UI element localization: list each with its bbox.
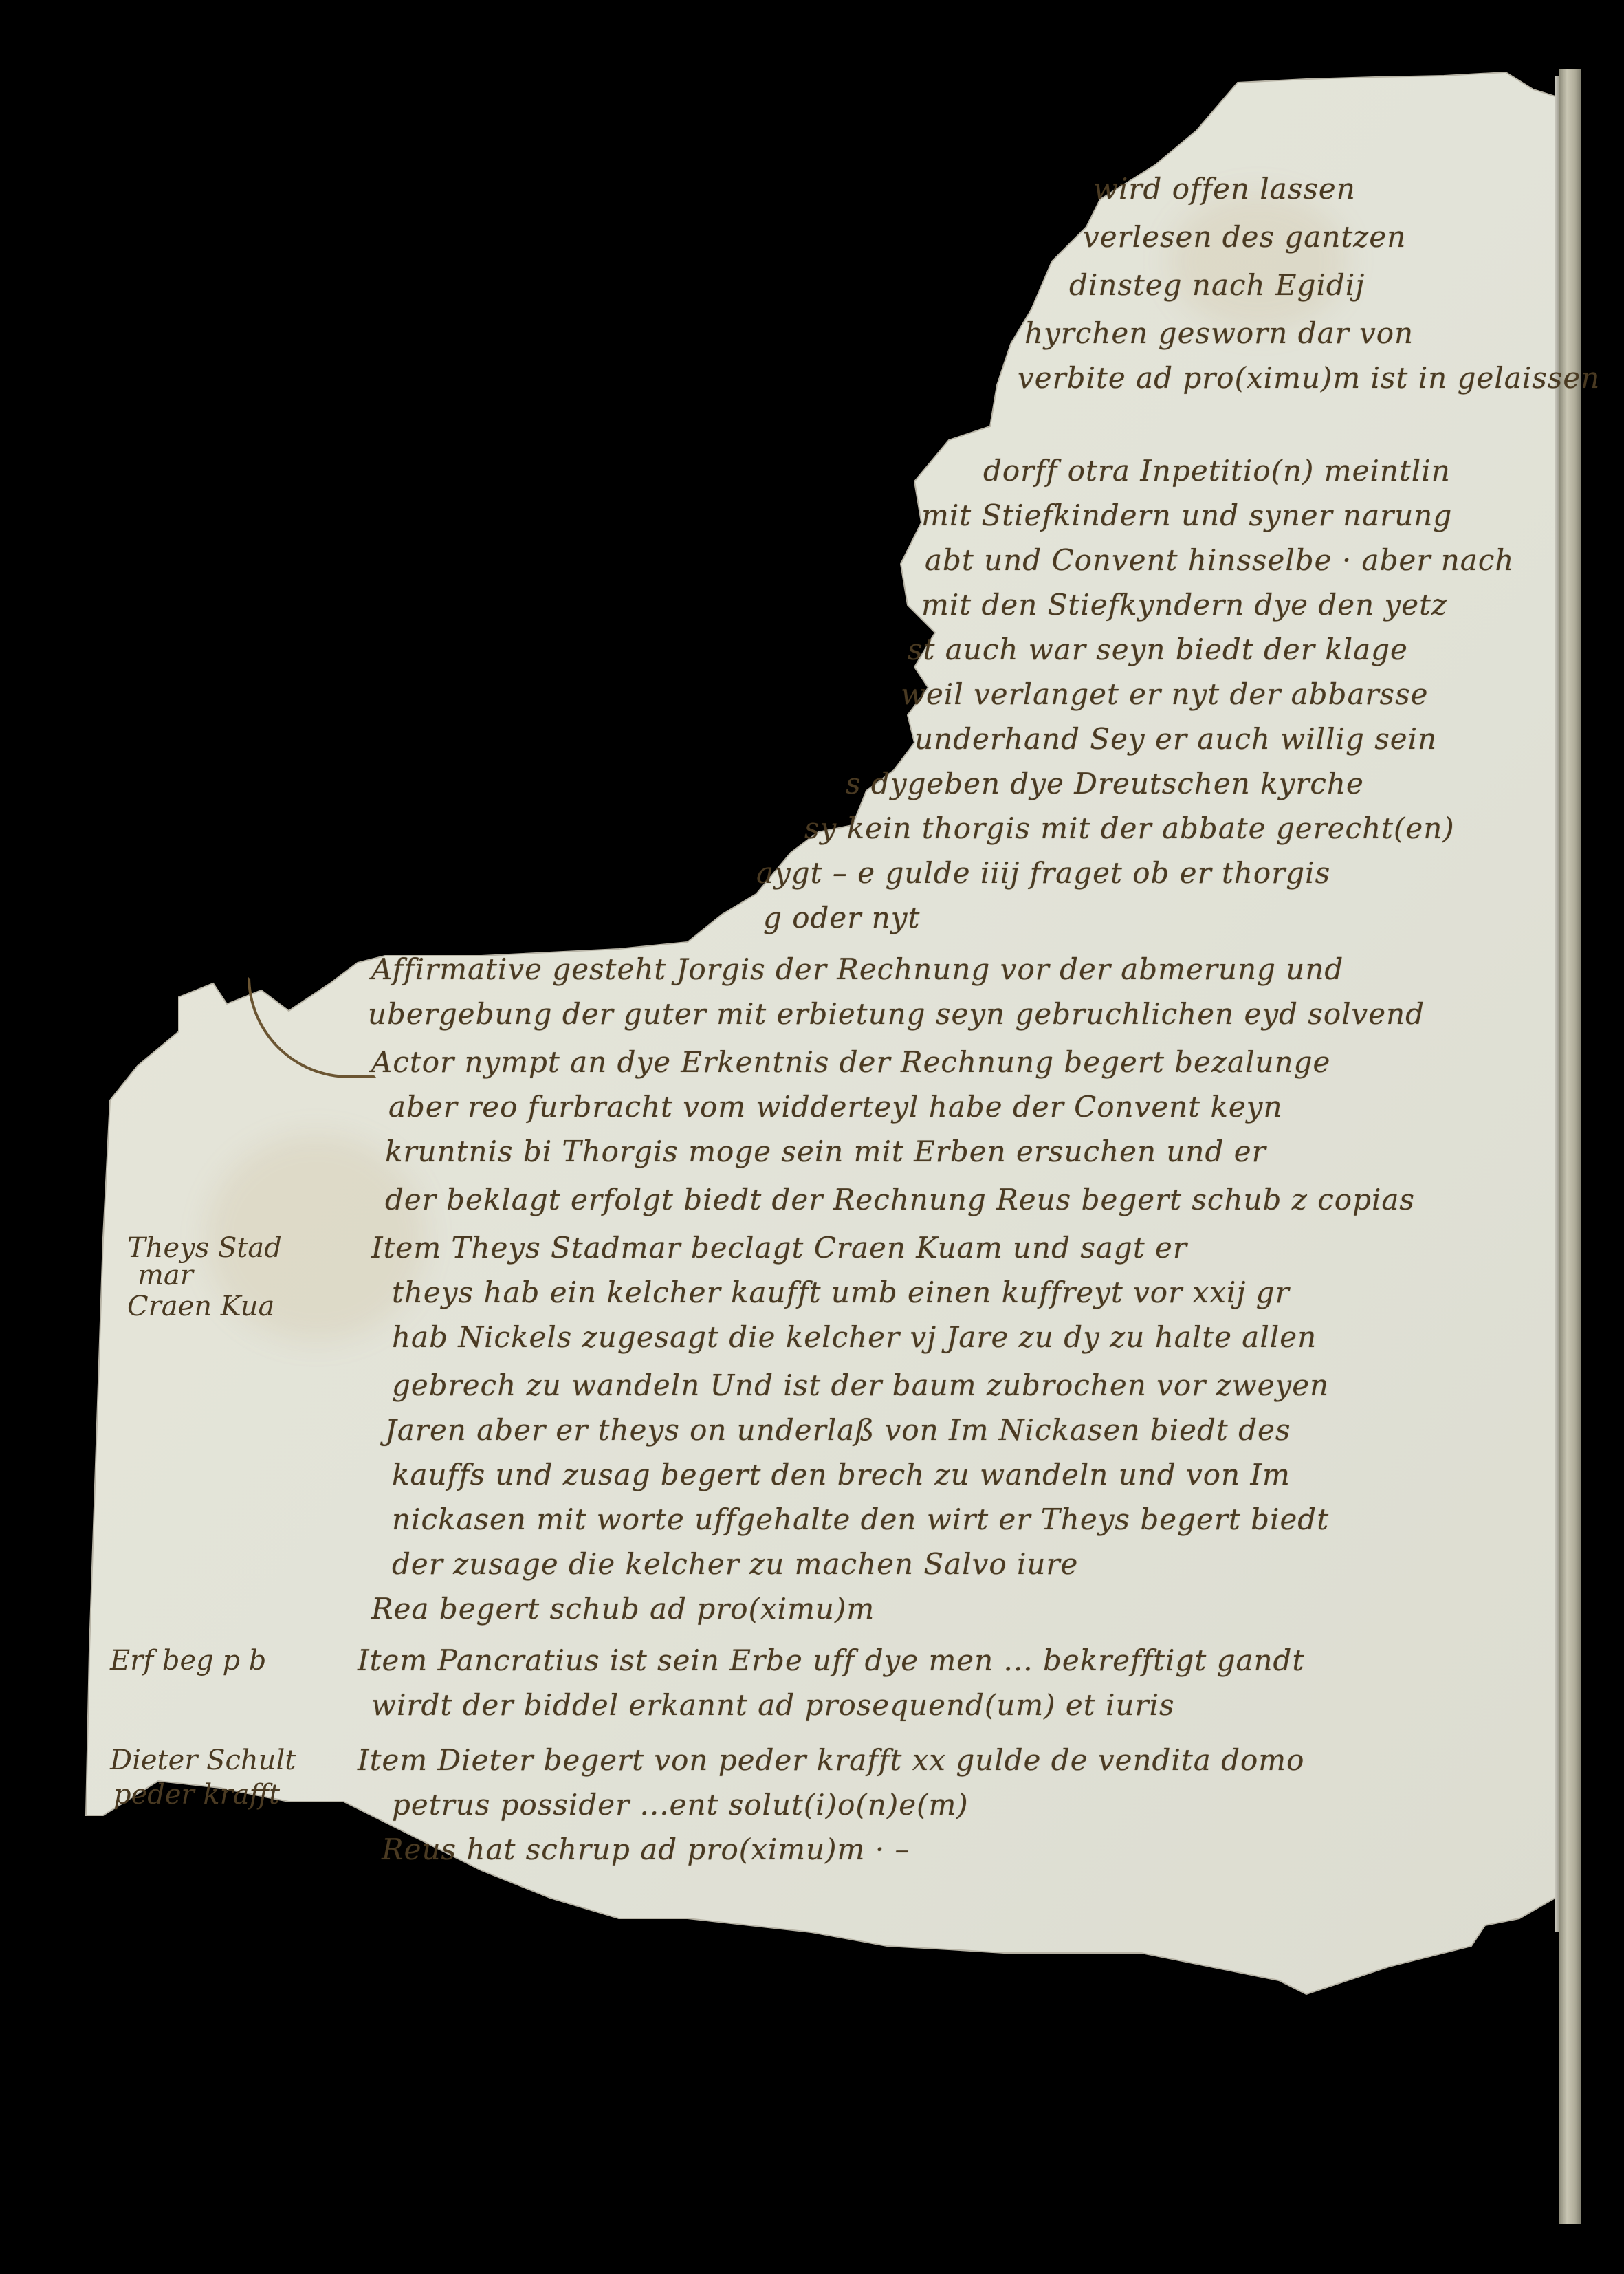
manuscript-line: der beklagt erfolgt biedt der Rechnung R… [385, 1183, 1415, 1216]
manuscript-line: aygt – e gulde iiij fraget ob er thorgis [756, 856, 1330, 890]
manuscript-line: dorff otra Inpetitio(n) meintlin [983, 454, 1451, 488]
manuscript-line: verlesen des gantzen [1083, 220, 1406, 254]
manuscript-line: s dygeben dye Dreutschen kyrche [846, 767, 1364, 800]
manuscript-line: mit den Stiefkyndern dye den yetz [921, 588, 1447, 622]
manuscript-line: Item Theys Stadmar beclagt Craen Kuam un… [371, 1231, 1187, 1265]
manuscript-line: mit Stiefkindern und syner narung [921, 499, 1452, 532]
margin-note: peder krafft [113, 1779, 280, 1811]
manuscript-line: nickasen mit worte uffgehalte den wirt e… [392, 1502, 1329, 1536]
manuscript-line: Jaren aber er theys on underlaß von Im N… [385, 1413, 1291, 1447]
manuscript-line: aber reo furbracht vom widderteyl habe d… [388, 1090, 1283, 1124]
manuscript-photo: wird offen lassenverlesen des gantzendin… [0, 0, 1624, 2274]
manuscript-line: wird offen lassen [1093, 172, 1356, 206]
manuscript-line: underhand Sey er auch willig sein [914, 722, 1437, 756]
manuscript-line: Reus hat schrup ad pro(ximu)m · – [382, 1833, 910, 1866]
margin-note: Dieter Schult [110, 1745, 296, 1776]
manuscript-line: dinsteg nach Egidij [1069, 268, 1365, 302]
manuscript-line: st auch war seyn biedt der klage [908, 633, 1408, 666]
manuscript-line: der zusage die kelcher zu machen Salvo i… [392, 1547, 1078, 1581]
paper-stain [1169, 193, 1348, 330]
manuscript-line: hab Nickels zugesagt die kelcher vj Jare… [392, 1320, 1317, 1354]
manuscript-line: abt und Convent hinsselbe · aber nach [925, 543, 1514, 577]
manuscript-line: verbite ad pro(ximu)m ist in gelaissen [1018, 361, 1600, 395]
margin-note: Craen Kua [127, 1291, 274, 1322]
manuscript-line: gebrech zu wandeln Und ist der baum zubr… [392, 1368, 1329, 1402]
margin-note: mar [138, 1260, 193, 1291]
manuscript-line: Item Dieter begert von peder krafft xx g… [358, 1743, 1304, 1777]
manuscript-line: wirdt der biddel erkannt ad prosequend(u… [371, 1688, 1175, 1722]
manuscript-line: Rea begert schub ad pro(ximu)m [371, 1592, 875, 1626]
manuscript-line: hyrchen gesworn dar von [1024, 316, 1414, 350]
manuscript-line: ubergebung der guter mit erbietung seyn … [368, 997, 1425, 1031]
manuscript-line: weil verlanget er nyt der abbarsse [901, 677, 1429, 711]
manuscript-line: Item Pancratius ist sein Erbe uff dye me… [358, 1643, 1304, 1677]
manuscript-line: sy kein thorgis mit der abbate gerecht(e… [804, 811, 1455, 845]
margin-note: Erf beg p b [110, 1645, 266, 1676]
manuscript-line: petrus possider ...ent solut(i)o(n)e(m) [392, 1788, 969, 1822]
manuscript-line: kruntnis bi Thorgis moge sein mit Erben … [385, 1135, 1266, 1168]
manuscript-line: Affirmative gesteht Jorgis der Rechnung … [371, 952, 1343, 986]
manuscript-line: kauffs und zusag begert den brech zu wan… [392, 1458, 1291, 1491]
manuscript-line: g oder nyt [763, 901, 920, 934]
manuscript-line: Actor nympt an dye Erkentnis der Rechnun… [371, 1045, 1330, 1079]
manuscript-line: theys hab ein kelcher kaufft umb einen k… [392, 1276, 1290, 1309]
